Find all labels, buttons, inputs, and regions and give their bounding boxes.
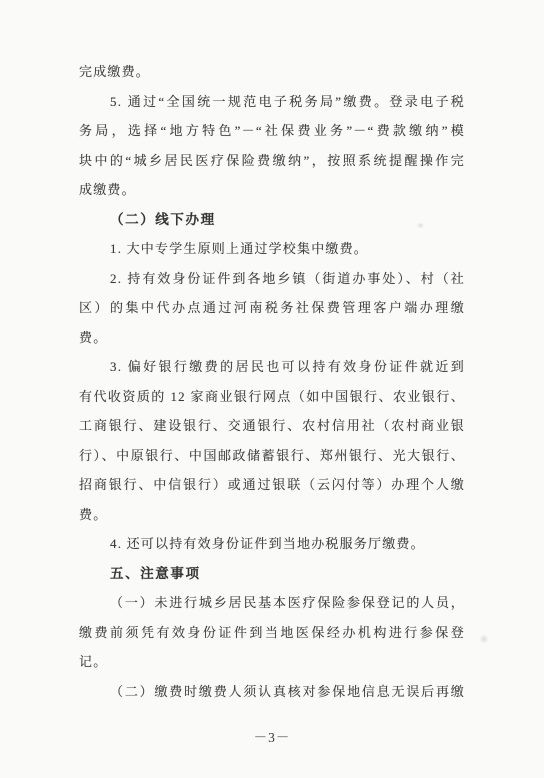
text-line: 块中的“城乡居民医疗保险费缴纳”，按照系统提醒操作完	[79, 146, 465, 176]
text-line: 2. 持有效身份证件到各地乡镇（街道办事处）、村（社	[79, 264, 465, 294]
text-line: 完成缴费。	[79, 57, 465, 87]
scanned-document-page: 完成缴费。5. 通过“全国统一规范电子税务局”缴费。登录电子税务局，选择“地方特…	[0, 0, 544, 778]
text-line: 行）、中原银行、中国邮政储蓄银行、郑州银行、光大银行、	[79, 441, 465, 471]
text-line: 3. 偏好银行缴费的居民也可以持有效身份证件就近到	[79, 352, 465, 382]
text-line: 费。	[79, 323, 465, 353]
section-heading: （二）线下办理	[79, 205, 465, 235]
text-block: 完成缴费。5. 通过“全国统一规范电子税务局”缴费。登录电子税务局，选择“地方特…	[79, 57, 465, 706]
text-line: （一）未进行城乡居民基本医疗保险参保登记的人员，	[79, 588, 465, 618]
text-line: 费。	[79, 500, 465, 530]
text-line: 成缴费。	[79, 175, 465, 205]
text-line: 缴费前须凭有效身份证件到当地医保经办机构进行参保登	[79, 618, 465, 648]
scan-speck	[418, 224, 423, 227]
text-line: 记。	[79, 647, 465, 677]
text-line: （二）缴费时缴费人须认真核对参保地信息无误后再缴	[79, 677, 465, 707]
text-line: 务局，选择“地方特色”－“社保费业务”－“费款缴纳”模	[79, 116, 465, 146]
text-line: 工商银行、建设银行、交通银行、农村信用社（农村商业银	[79, 411, 465, 441]
text-line: 5. 通过“全国统一规范电子税务局”缴费。登录电子税	[79, 87, 465, 117]
text-line: 区）的集中代办点通过河南税务社保费管理客户端办理缴	[79, 293, 465, 323]
text-line: 4. 还可以持有效身份证件到当地办税服务厅缴费。	[79, 529, 465, 559]
page-number: －3－	[0, 724, 544, 752]
section-heading: 五、注意事项	[79, 559, 465, 589]
text-line: 招商银行、中信银行）或通过银联（云闪付等）办理个人缴	[79, 470, 465, 500]
scan-speck	[481, 636, 487, 642]
text-line: 1. 大中专学生原则上通过学校集中缴费。	[79, 234, 465, 264]
text-line: 有代收资质的 12 家商业银行网点（如中国银行、农业银行、	[79, 382, 465, 412]
